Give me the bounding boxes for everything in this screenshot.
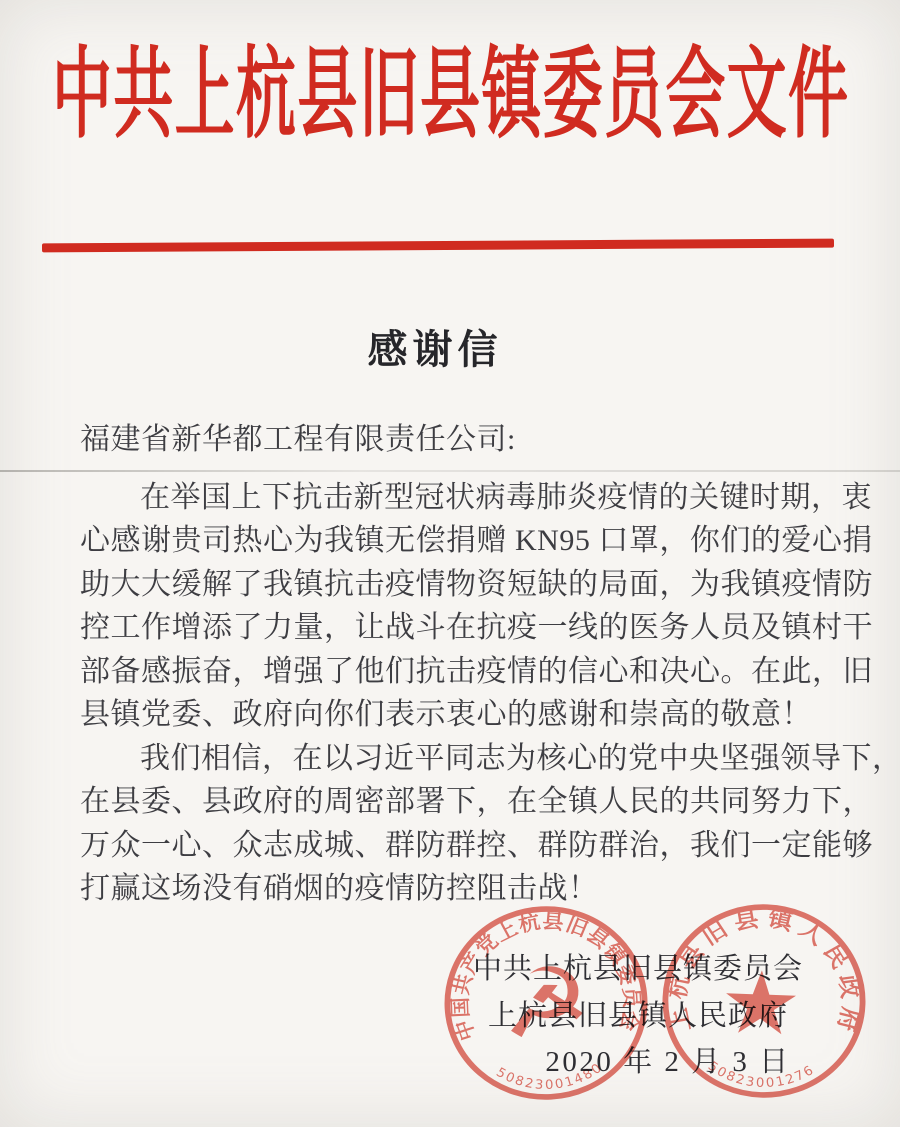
body-line: 在县委、县政府的周密部署下，在全镇人民的共同努力下， xyxy=(80,780,866,824)
paragraph-1: 在举国上下抗击新型冠状病毒肺炎疫情的关键时期，衷 心感谢贵司热心为我镇无偿捐赠 … xyxy=(80,476,866,737)
scanned-letter-page: 中共上杭县旧县镇委员会文件 感谢信 福建省新华都工程有限责任公司: 在举国上下抗… xyxy=(0,0,900,1127)
body-line: 在举国上下抗击新型冠状病毒肺炎疫情的关键时期，衷 xyxy=(80,476,866,520)
paragraph-2: 我们相信，在以习近平同志为核心的党中央坚强领导下， 在县委、县政府的周密部署下，… xyxy=(80,737,866,911)
letterhead-divider-rule xyxy=(42,239,834,253)
body-line: 打赢这场没有硝烟的疫情防控阻击战！ xyxy=(80,867,866,911)
body-line: 我们相信，在以习近平同志为核心的党中央坚强领导下， xyxy=(80,737,866,781)
signature-block: 中共上杭县旧县镇委员会 上杭县旧县镇人民政府 2020 年 2 月 3 日 xyxy=(448,946,828,1086)
body-line: 部备感振奋，增强了他们抗击疫情的信心和决心。在此，旧 xyxy=(80,650,866,694)
body-line: 万众一心、众志成城、群防群控、群防群治，我们一定能够 xyxy=(80,824,866,868)
body-line: 控工作增添了力量，让战斗在抗疫一线的医务人员及镇村干 xyxy=(80,606,866,650)
body-line: 助大大缓解了我镇抗击疫情物资短缺的局面，为我镇疫情防 xyxy=(80,563,866,607)
letter-body: 福建省新华都工程有限责任公司: 在举国上下抗击新型冠状病毒肺炎疫情的关键时期，衷… xyxy=(80,418,866,911)
body-line: 县镇党委、政府向你们表示衷心的感谢和崇高的敬意！ xyxy=(80,693,866,737)
salutation: 福建省新华都工程有限责任公司: xyxy=(80,418,866,462)
signature-committee: 中共上杭县旧县镇委员会 xyxy=(448,946,828,993)
signature-government: 上杭县旧县镇人民政府 xyxy=(448,993,828,1040)
signature-date: 2020 年 2 月 3 日 xyxy=(478,1039,858,1086)
body-line: 心感谢贵司热心为我镇无偿捐赠 KN95 口罩，你们的爱心捐 xyxy=(80,519,866,563)
letterhead-title: 中共上杭县旧县镇委员会文件 xyxy=(52,16,848,158)
scan-artifact-line xyxy=(0,470,900,472)
letter-title: 感谢信 xyxy=(0,318,885,375)
